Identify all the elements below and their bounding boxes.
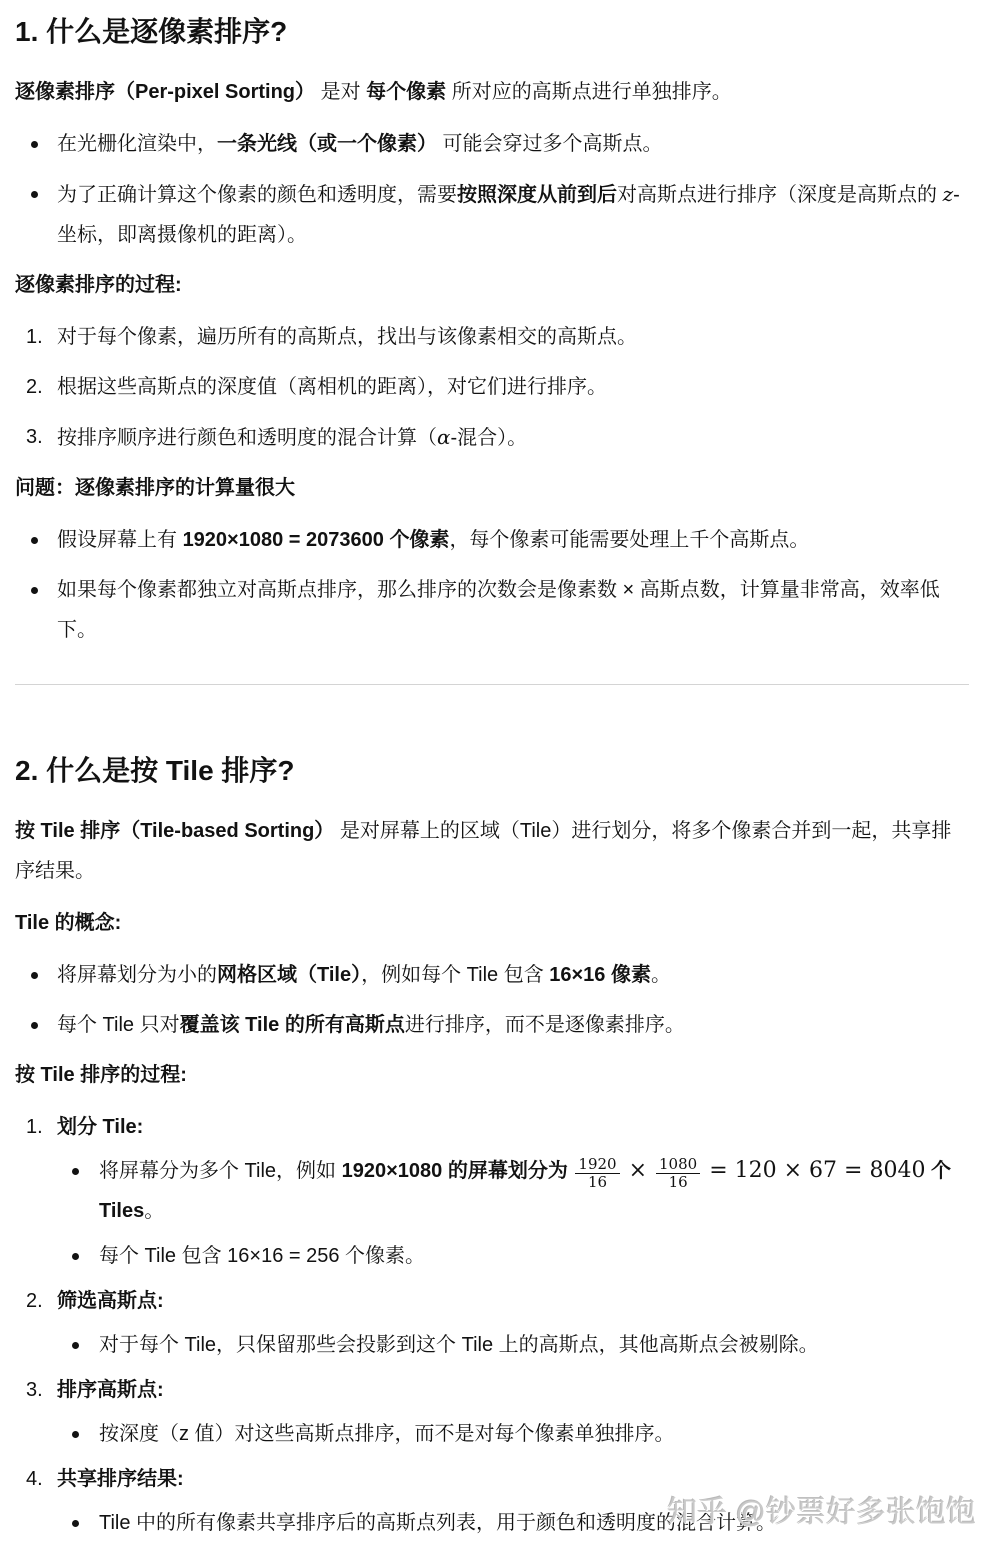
numbered-item: 1.对于每个像素，遍历所有的高斯点，找出与该像素相交的高斯点。 xyxy=(15,317,969,357)
paragraph: 问题：逐像素排序的计算量很大 xyxy=(15,468,969,508)
text-run: 问题：逐像素排序的计算量很大 xyxy=(15,477,295,499)
text-run: 为了正确计算这个像素的颜色和透明度，需要 xyxy=(57,184,457,206)
text-run: 按深度（z 值）对这些高斯点排序，而不是对每个像素单独排序。 xyxy=(99,1423,675,1445)
item-number: 1. xyxy=(26,317,43,357)
bullet-icon xyxy=(72,1431,79,1438)
numbered-item: 4.共享排序结果:Tile 中的所有像素共享排序后的高斯点列表，用于颜色和透明度… xyxy=(15,1459,969,1543)
text-run: 将屏幕划分为小的 xyxy=(57,964,217,986)
bullet-list: 在光栅化渲染中，一条光线（或一个像素） 可能会穿过多个高斯点。为了正确计算这个像… xyxy=(15,124,969,255)
text-run: 排序高斯点: xyxy=(57,1379,164,1401)
text-run: -混合）。 xyxy=(451,427,528,449)
text-run: 筛选高斯点: xyxy=(57,1290,164,1312)
text-run: 每个 Tile 只对 xyxy=(57,1014,180,1036)
bullet-icon xyxy=(31,191,38,198)
section-divider xyxy=(15,684,969,685)
nested-bullet-list: Tile 中的所有像素共享排序后的高斯点列表，用于颜色和透明度的混合计算。 xyxy=(57,1503,969,1543)
text-run: 是对 xyxy=(315,81,366,103)
text-run: 将屏幕分为多个 Tile，例如 xyxy=(99,1160,342,1182)
bullet-icon xyxy=(31,1022,38,1029)
text-run: Tile 中的所有像素共享排序后的高斯点列表，用于颜色和透明度的混合计算。 xyxy=(99,1512,776,1534)
item-number: 2. xyxy=(26,367,43,407)
text-run: 按 Tile 排序的过程: xyxy=(15,1064,187,1086)
text-run: ，例如每个 Tile 包含 xyxy=(361,964,549,986)
text-run: 每个 Tile 包含 16×16 = 256 个像素。 xyxy=(99,1245,425,1267)
text-run: 如果每个像素都独立对高斯点排序，那么排序的次数会是像素数 × 高斯点数，计算量非… xyxy=(57,579,940,641)
numbered-item: 1.划分 Tile:将屏幕分为多个 Tile，例如 1920×1080 的屏幕划… xyxy=(15,1107,969,1276)
fraction: 192016 xyxy=(575,1157,619,1190)
text-run: 对于每个像素，遍历所有的高斯点，找出与该像素相交的高斯点。 xyxy=(57,326,637,348)
bullet-icon xyxy=(72,1253,79,1260)
text-run: 每个像素 xyxy=(366,81,446,103)
bullet-icon xyxy=(72,1520,79,1527)
text-run: 逐像素排序的过程: xyxy=(15,274,182,296)
text-run: 一条光线（或一个像素） xyxy=(217,133,437,155)
nested-bullet-list: 按深度（z 值）对这些高斯点排序，而不是对每个像素单独排序。 xyxy=(57,1414,969,1454)
bullet-icon xyxy=(31,972,38,979)
fraction-numerator: 1920 xyxy=(575,1157,619,1173)
paragraph: 逐像素排序的过程: xyxy=(15,265,969,305)
text-run: 对于每个 Tile，只保留那些会投影到这个 Tile 上的高斯点，其他高斯点会被… xyxy=(99,1334,819,1356)
numbered-item: 2.根据这些高斯点的深度值（离相机的距离），对它们进行排序。 xyxy=(15,367,969,407)
paragraph: Tile 的概念: xyxy=(15,903,969,943)
bullet-item: Tile 中的所有像素共享排序后的高斯点列表，用于颜色和透明度的混合计算。 xyxy=(57,1503,969,1543)
numbered-list: 1.对于每个像素，遍历所有的高斯点，找出与该像素相交的高斯点。2.根据这些高斯点… xyxy=(15,317,969,458)
text-run: ，每个像素可能需要处理上千个高斯点。 xyxy=(449,529,809,551)
bullet-list: 假设屏幕上有 1920×1080 = 2073600 个像素，每个像素可能需要处… xyxy=(15,520,969,650)
text-run: 对高斯点进行排序（深度是高斯点的 xyxy=(617,184,943,206)
text-run: × xyxy=(622,1158,654,1183)
item-number: 3. xyxy=(26,1370,43,1410)
bullet-item: 将屏幕分为多个 Tile，例如 1920×1080 的屏幕划分为 192016 … xyxy=(57,1151,969,1231)
bullet-icon xyxy=(72,1342,79,1349)
numbered-list: 1.划分 Tile:将屏幕分为多个 Tile，例如 1920×1080 的屏幕划… xyxy=(15,1107,969,1543)
text-run: 按 Tile 排序（Tile-based Sorting） xyxy=(15,820,334,842)
text-run: 1920×1080 = 2073600 个像素 xyxy=(183,529,450,551)
text-run: 覆盖该 Tile 的所有高斯点 xyxy=(180,1014,405,1036)
text-run: 网格区域（Tile） xyxy=(217,964,361,986)
text-run: z xyxy=(943,182,954,206)
text-run: 按照深度从前到后 xyxy=(457,184,617,206)
item-number: 1. xyxy=(26,1107,43,1147)
text-run: 所对应的高斯点进行单独排序。 xyxy=(446,81,732,103)
text-run: 可能会穿过多个高斯点。 xyxy=(437,133,663,155)
bullet-item: 每个 Tile 包含 16×16 = 256 个像素。 xyxy=(57,1236,969,1276)
bullet-icon xyxy=(72,1168,79,1175)
bullet-icon xyxy=(31,587,38,594)
fraction-denominator: 16 xyxy=(656,1173,700,1190)
item-number: 3. xyxy=(26,417,43,457)
fraction-denominator: 16 xyxy=(575,1173,619,1190)
bullet-icon xyxy=(31,537,38,544)
numbered-item: 3.按排序顺序进行颜色和透明度的混合计算（α-混合）。 xyxy=(15,417,969,458)
paragraph: 按 Tile 排序的过程: xyxy=(15,1055,969,1095)
text-run: 16×16 像素 xyxy=(549,964,651,986)
text-run: 。 xyxy=(651,964,671,986)
text-run: 按排序顺序进行颜色和透明度的混合计算（ xyxy=(57,427,437,449)
bullet-item: 对于每个 Tile，只保留那些会投影到这个 Tile 上的高斯点，其他高斯点会被… xyxy=(57,1325,969,1365)
bullet-item: 为了正确计算这个像素的颜色和透明度，需要按照深度从前到后对高斯点进行排序（深度是… xyxy=(15,174,969,255)
fraction-numerator: 1080 xyxy=(656,1157,700,1173)
bullet-item: 将屏幕划分为小的网格区域（Tile），例如每个 Tile 包含 16×16 像素… xyxy=(15,955,969,995)
text-run: = 120 × 67 = 8040 xyxy=(702,1158,925,1183)
text-run: 在光栅化渲染中， xyxy=(57,133,217,155)
numbered-item: 3.排序高斯点:按深度（z 值）对这些高斯点排序，而不是对每个像素单独排序。 xyxy=(15,1370,969,1454)
bullet-item: 在光栅化渲染中，一条光线（或一个像素） 可能会穿过多个高斯点。 xyxy=(15,124,969,164)
article-content: 1. 什么是逐像素排序?逐像素排序（Per-pixel Sorting） 是对 … xyxy=(0,0,984,1543)
text-run: 。 xyxy=(144,1200,164,1222)
bullet-item: 假设屏幕上有 1920×1080 = 2073600 个像素，每个像素可能需要处… xyxy=(15,520,969,560)
text-run: 假设屏幕上有 xyxy=(57,529,183,551)
fraction: 108016 xyxy=(656,1157,700,1190)
text-run: 共享排序结果: xyxy=(57,1468,184,1490)
paragraph: 按 Tile 排序（Tile-based Sorting） 是对屏幕上的区域（T… xyxy=(15,811,969,891)
paragraph: 逐像素排序（Per-pixel Sorting） 是对 每个像素 所对应的高斯点… xyxy=(15,72,969,112)
bullet-item: 每个 Tile 只对覆盖该 Tile 的所有高斯点进行排序，而不是逐像素排序。 xyxy=(15,1005,969,1045)
text-run: 进行排序，而不是逐像素排序。 xyxy=(405,1014,685,1036)
nested-bullet-list: 将屏幕分为多个 Tile，例如 1920×1080 的屏幕划分为 192016 … xyxy=(57,1151,969,1276)
section-heading: 1. 什么是逐像素排序? xyxy=(15,14,969,50)
item-number: 2. xyxy=(26,1281,43,1321)
bullet-item: 如果每个像素都独立对高斯点排序，那么排序的次数会是像素数 × 高斯点数，计算量非… xyxy=(15,570,969,650)
bullet-item: 按深度（z 值）对这些高斯点排序，而不是对每个像素单独排序。 xyxy=(57,1414,969,1454)
text-run xyxy=(568,1160,574,1182)
text-run: α xyxy=(437,425,451,449)
text-run: 1920×1080 的屏幕划分为 xyxy=(342,1160,568,1182)
section-heading: 2. 什么是按 Tile 排序? xyxy=(15,753,969,789)
numbered-item: 2.筛选高斯点:对于每个 Tile，只保留那些会投影到这个 Tile 上的高斯点… xyxy=(15,1281,969,1365)
text-run: 逐像素排序（Per-pixel Sorting） xyxy=(15,81,315,103)
text-run: Tile 的概念: xyxy=(15,912,121,934)
bullet-list: 将屏幕划分为小的网格区域（Tile），例如每个 Tile 包含 16×16 像素… xyxy=(15,955,969,1045)
item-number: 4. xyxy=(26,1459,43,1499)
text-run: 划分 Tile: xyxy=(57,1116,143,1138)
nested-bullet-list: 对于每个 Tile，只保留那些会投影到这个 Tile 上的高斯点，其他高斯点会被… xyxy=(57,1325,969,1365)
text-run: 根据这些高斯点的深度值（离相机的距离），对它们进行排序。 xyxy=(57,376,607,398)
bullet-icon xyxy=(31,141,38,148)
